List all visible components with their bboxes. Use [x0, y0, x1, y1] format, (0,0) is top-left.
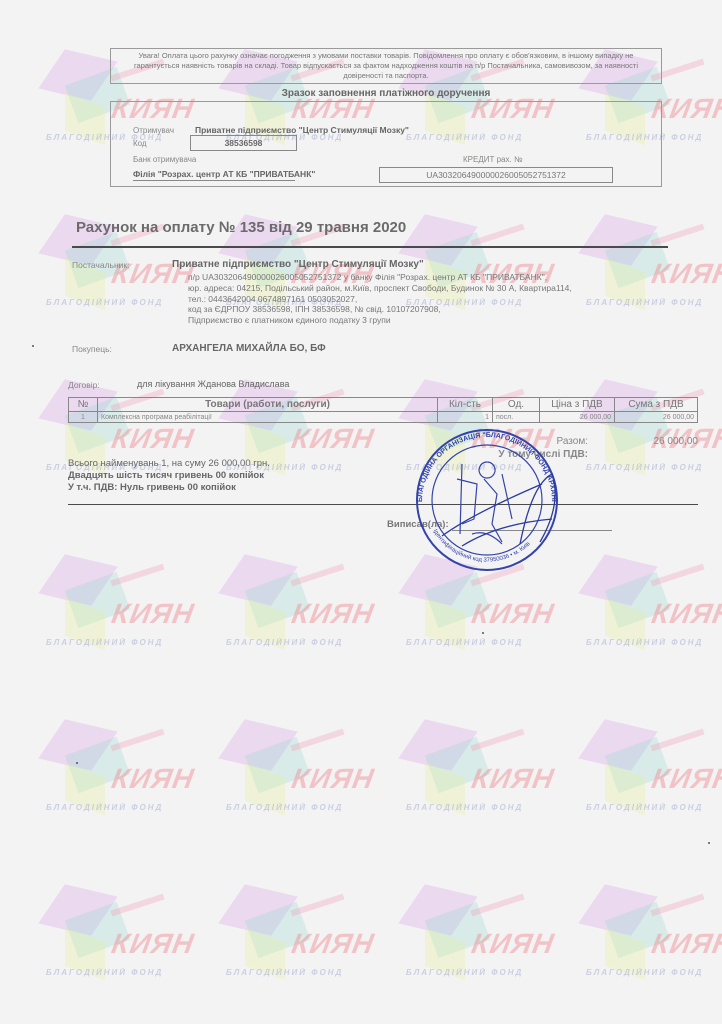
buyer-name: АРХАНГЕЛА МИХАЙЛА БО, БФ [172, 343, 326, 354]
bank-label: Банк отримувача [133, 155, 196, 164]
row-item: Комплексна програма реабілітації [98, 412, 438, 423]
total-value: 26 000,00 [654, 436, 699, 447]
scan-speck [76, 762, 78, 764]
scan-speck [708, 842, 710, 844]
payment-sample-title: Зразок заповнення платіжного доручення [110, 88, 662, 99]
row-sum: 26 000,00 [615, 412, 698, 423]
credit-account: UA303206490000026005052751372 [379, 167, 613, 183]
summary-divider [68, 504, 698, 505]
code-label: Код [133, 139, 147, 148]
payment-notice: Увага! Оплата цього рахунку означає пого… [110, 48, 662, 84]
supplier-detail-line: Підприємство є платником єдиного податку… [188, 315, 572, 326]
title-divider [72, 246, 668, 248]
invoice-title: Рахунок на оплату № 135 від 29 травня 20… [76, 219, 406, 236]
contract-value: для лікування Жданова Владислава [137, 379, 289, 389]
row-number: 1 [69, 412, 98, 423]
row-qty: 1 [438, 412, 493, 423]
col-price: Ціна з ПДВ [540, 398, 615, 412]
supplier-details: п/р UA303206490000026005052751372 у банк… [188, 272, 572, 326]
items-header-row: № Товари (работи, послуги) Кіл-сть Од. Ц… [69, 398, 698, 412]
contract-label: Договір: [68, 380, 100, 390]
col-qty: Кіл-сть [438, 398, 493, 412]
bank-value: Філія "Розрах. центр АТ КБ "ПРИВАТБАНК" [133, 169, 315, 179]
supplier-detail-line: тел.: 0443642004 0674897161 0503052027, [188, 294, 572, 305]
summary-count: Всього найменувань 1, на суму 26 000,00 … [68, 458, 270, 470]
supplier-detail-line: код за ЄДРПОУ 38536598, ІПН 38536598, № … [188, 304, 572, 315]
table-row: 1 Комплексна програма реабілітації 1 пос… [69, 412, 698, 423]
recipient-value: Приватне підприємство "Центр Стимуляції … [195, 125, 409, 135]
code-value: 38536598 [190, 135, 297, 151]
col-number: № [69, 398, 98, 412]
scan-speck [32, 345, 34, 347]
supplier-detail-line: п/р UA303206490000026005052751372 у банк… [188, 272, 572, 283]
col-sum: Сума з ПДВ [615, 398, 698, 412]
supplier-label: Постачальник: [72, 260, 130, 270]
summary-vat-words: У т.ч. ПДВ: Нуль гривень 00 копійок [68, 482, 270, 494]
supplier-name: Приватне підприємство "Центр Стимуляції … [172, 259, 424, 270]
summary-amount-words: Двадцять шість тисяч гривень 00 копійок [68, 470, 270, 482]
recipient-label: Отримувач [133, 126, 174, 135]
row-price: 26 000,00 [540, 412, 615, 423]
supplier-detail-line: юр. адреса: 04215, Подільський район, м.… [188, 283, 572, 294]
col-unit: Од. [493, 398, 540, 412]
stamp-icon: БЛАГОДІЙНА ОРГАНІЗАЦІЯ "БЛАГОДІЙНИЙ ФОНД… [402, 424, 572, 574]
col-goods: Товари (работи, послуги) [98, 398, 438, 412]
invoice-document: Увага! Оплата цього рахунку означає пого… [0, 0, 722, 1024]
payment-sample-box: Отримувач Приватне підприємство "Центр С… [110, 101, 662, 187]
scan-speck [482, 632, 484, 634]
items-table: № Товари (работи, послуги) Кіл-сть Од. Ц… [68, 397, 698, 423]
invoice-summary: Всього найменувань 1, на суму 26 000,00 … [68, 458, 270, 494]
buyer-label: Покупець: [72, 344, 112, 354]
svg-text:БЛАГОДІЙНА ОРГАНІЗАЦІЯ "БЛАГОД: БЛАГОДІЙНА ОРГАНІЗАЦІЯ "БЛАГОДІЙНИЙ ФОНД… [402, 424, 557, 504]
bank-underline [133, 180, 295, 181]
credit-label: КРЕДИТ рах. № [463, 155, 523, 164]
row-unit: посл. [493, 412, 540, 423]
